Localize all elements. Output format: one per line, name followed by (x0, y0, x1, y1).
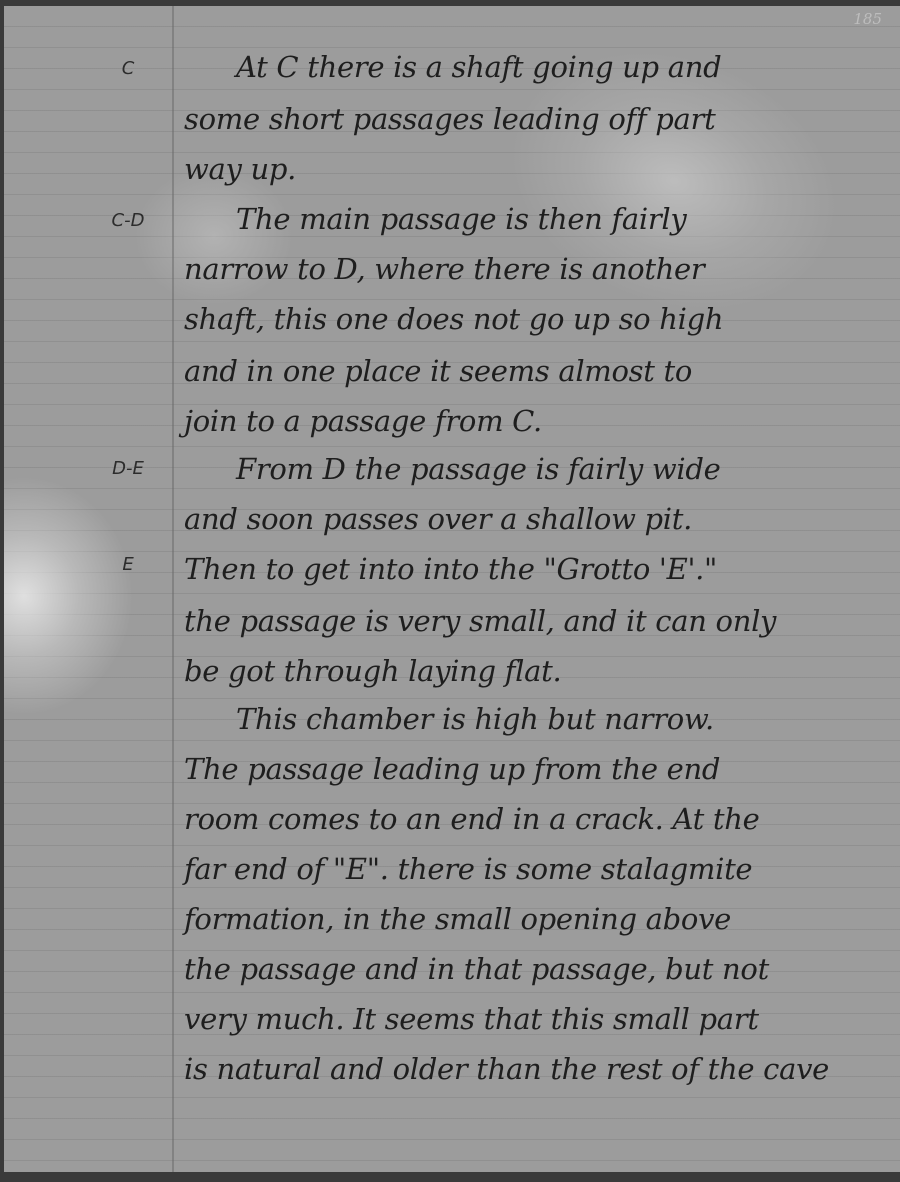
text-line: far end of "E". there is some stalagmite (184, 852, 890, 886)
margin-rule (172, 6, 174, 1172)
text-line: and in one place it seems almost to (184, 354, 890, 388)
text-line: room comes to an end in a crack. At the (184, 802, 890, 836)
text-line: formation, in the small opening above (184, 902, 890, 936)
text-line: the passage is very small, and it can on… (184, 604, 890, 638)
text-line: is natural and older than the rest of th… (184, 1052, 890, 1086)
text-line: the passage and in that passage, but not (184, 952, 890, 986)
text-line: join to a passage from C. (184, 404, 890, 438)
text-line: Then to get into into the "Grotto 'E'." (184, 552, 890, 586)
text-line: be got through laying flat. (184, 654, 890, 688)
text-line: From D the passage is fairly wide (184, 452, 890, 486)
notebook-page: 185 CC-DD-EE At C there is a shaft going… (4, 6, 900, 1172)
text-line: The passage leading up from the end (184, 752, 890, 786)
page-number: 185 (853, 10, 882, 28)
text-line: At C there is a shaft going up and (184, 50, 890, 84)
margin-section-label: E (88, 554, 168, 575)
text-line: narrow to D, where there is another (184, 252, 890, 286)
text-line: some short passages leading off part (184, 102, 890, 136)
margin-section-label: D-E (88, 458, 168, 479)
text-line: This chamber is high but narrow. (184, 702, 890, 736)
margin-section-label: C (88, 58, 168, 79)
text-line: The main passage is then fairly (184, 202, 890, 236)
text-line: and soon passes over a shallow pit. (184, 502, 890, 536)
margin-section-label: C-D (88, 210, 168, 231)
text-line: way up. (184, 152, 890, 186)
text-line: shaft, this one does not go up so high (184, 302, 890, 336)
light-glare (4, 476, 134, 716)
text-line: very much. It seems that this small part (184, 1002, 890, 1036)
